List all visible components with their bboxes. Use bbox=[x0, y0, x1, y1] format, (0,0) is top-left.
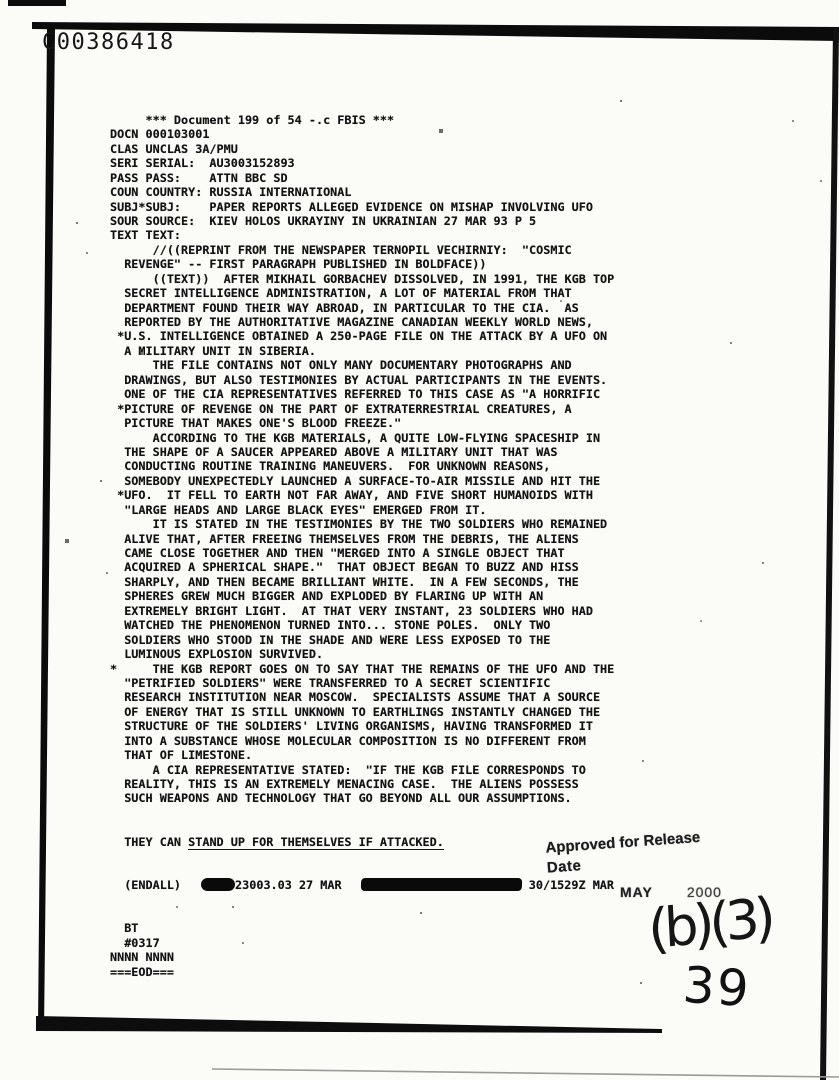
attack-line-prefix: THEY CAN bbox=[110, 835, 188, 849]
message-trailer-lines: BT #0317 NNNN NNNN ===EOD=== bbox=[110, 921, 614, 979]
scanned-document-page: C00386418 *** Document 199 of 54 -.c FBI… bbox=[0, 0, 839, 1080]
attack-line: THEY CAN STAND UP FOR THEMSELVES IF ATTA… bbox=[110, 835, 614, 849]
scan-artifact-right-line bbox=[820, 28, 839, 1080]
endall-line: (ENDALL)23003.03 27 MAR 30/1529Z MAR bbox=[110, 878, 614, 892]
redaction-bar bbox=[201, 878, 235, 891]
endall-serial: 23003.03 27 MAR bbox=[235, 878, 349, 892]
scan-artifact-top-corner bbox=[8, 0, 66, 6]
fbis-message-text: *** Document 199 of 54 -.c FBIS *** DOCN… bbox=[110, 84, 614, 1008]
endall-suffix: 30/1529Z MAR bbox=[522, 878, 614, 892]
redaction-bar bbox=[360, 878, 521, 891]
attack-line-underlined: STAND UP FOR THEMSELVES IF ATTACKED. bbox=[188, 835, 444, 851]
scan-artifact-bottom-bar bbox=[36, 1016, 662, 1033]
scan-artifact-bottom-faint-line bbox=[212, 1069, 839, 1077]
handwritten-exemption-note: (b)(3) bbox=[647, 886, 773, 962]
handwritten-page-number: 39 bbox=[681, 956, 753, 1019]
message-main-lines: *** Document 199 of 54 -.c FBIS *** DOCN… bbox=[110, 113, 614, 806]
document-id: C00386418 bbox=[42, 30, 175, 55]
scan-dust-specks bbox=[0, 0, 2, 2]
scan-artifact-left-line bbox=[38, 29, 55, 1031]
endall-prefix: (ENDALL) bbox=[110, 878, 181, 892]
